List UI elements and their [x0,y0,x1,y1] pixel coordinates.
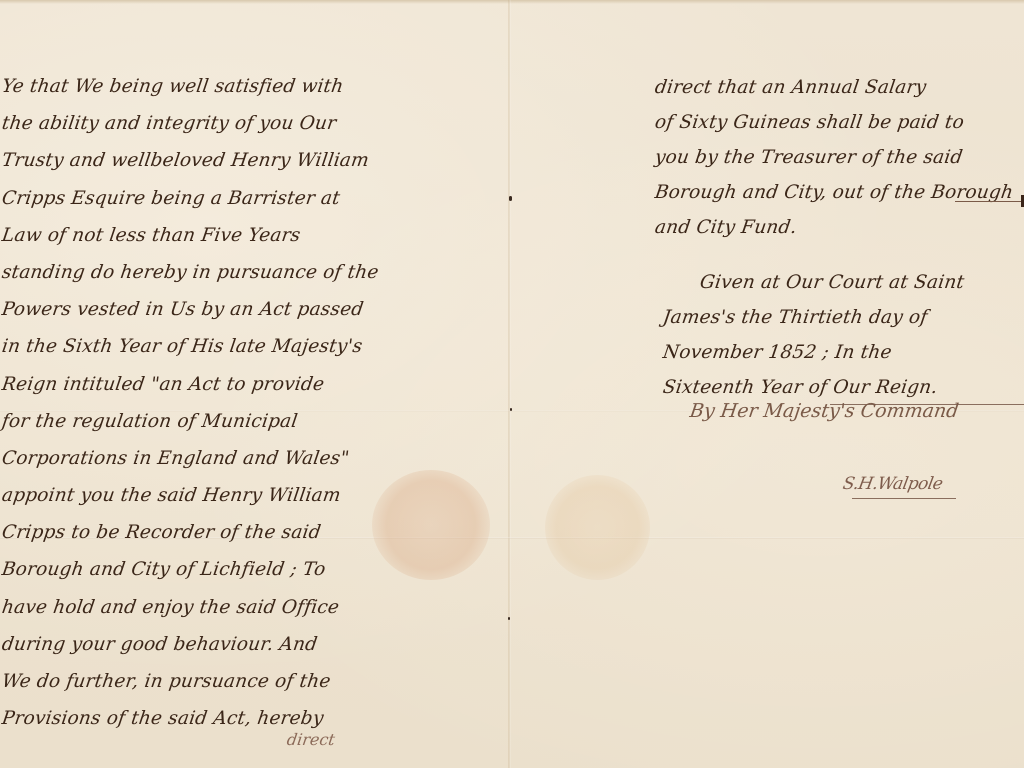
text-line: have hold and enjoy the said Office [0,589,385,626]
text-line: We do further, in pursuance of the [0,663,385,700]
dating-clause: Given at Our Court at Saint James's the … [655,265,1020,405]
text-line: Cripps to be Recorder of the said [0,514,385,551]
paper-top-edge [0,0,1024,4]
text-line: appoint you the said Henry William [0,477,385,514]
text-line: of Sixty Guineas shall be paid to [653,105,1023,140]
signature-underline [852,498,956,499]
text-line: Borough and City of Lichfield ; To [0,551,385,588]
paragraph-gap [655,245,1020,265]
text-line: direct that an Annual Salary [653,70,1023,105]
text-line: Ye that We being well satisfied with [0,68,385,105]
text-line: Corporations in England and Wales" [0,440,385,477]
text-line: in the Sixth Year of His late Majesty's [0,328,385,365]
text-line: Cripps Esquire being a Barrister at [0,180,385,217]
text-line: you by the Treasurer of the said [653,140,1023,175]
catchword: direct [286,730,337,749]
underline-rule [955,201,1024,202]
text-line: Borough and City, out of the Borough [653,175,1023,210]
text-line: during your good behaviour. And [0,626,385,663]
left-page-text: Ye that We being well satisfied with the… [2,68,382,737]
text-line: Powers vested in Us by an Act passed [0,291,385,328]
seal-stain-left [372,470,490,580]
ink-speck [508,617,510,620]
seal-stain-right [545,475,650,580]
text-line: for the regulation of Municipal [0,403,385,440]
text-line: Reign intituled "an Act to provide [0,366,385,403]
text-line: Given at Our Court at Saint [653,265,1023,300]
text-line: and City Fund. [653,210,1023,245]
text-line: James's the Thirtieth day of [653,300,1023,335]
ink-speck [510,408,512,411]
center-fold-line [508,0,511,768]
signature: S.H.Walpole [841,474,944,494]
text-line: standing do hereby in pursuance of the [0,254,385,291]
text-line: the ability and integrity of you Our [0,105,385,142]
command-line: By Her Majesty's Command [688,400,960,422]
right-page-text: direct that an Annual Salary of Sixty Gu… [655,70,1020,405]
text-line: Law of not less than Five Years [0,217,385,254]
text-line: November 1852 ; In the [653,335,1023,370]
ink-speck [509,196,512,201]
text-line: Trusty and wellbeloved Henry William [0,142,385,179]
